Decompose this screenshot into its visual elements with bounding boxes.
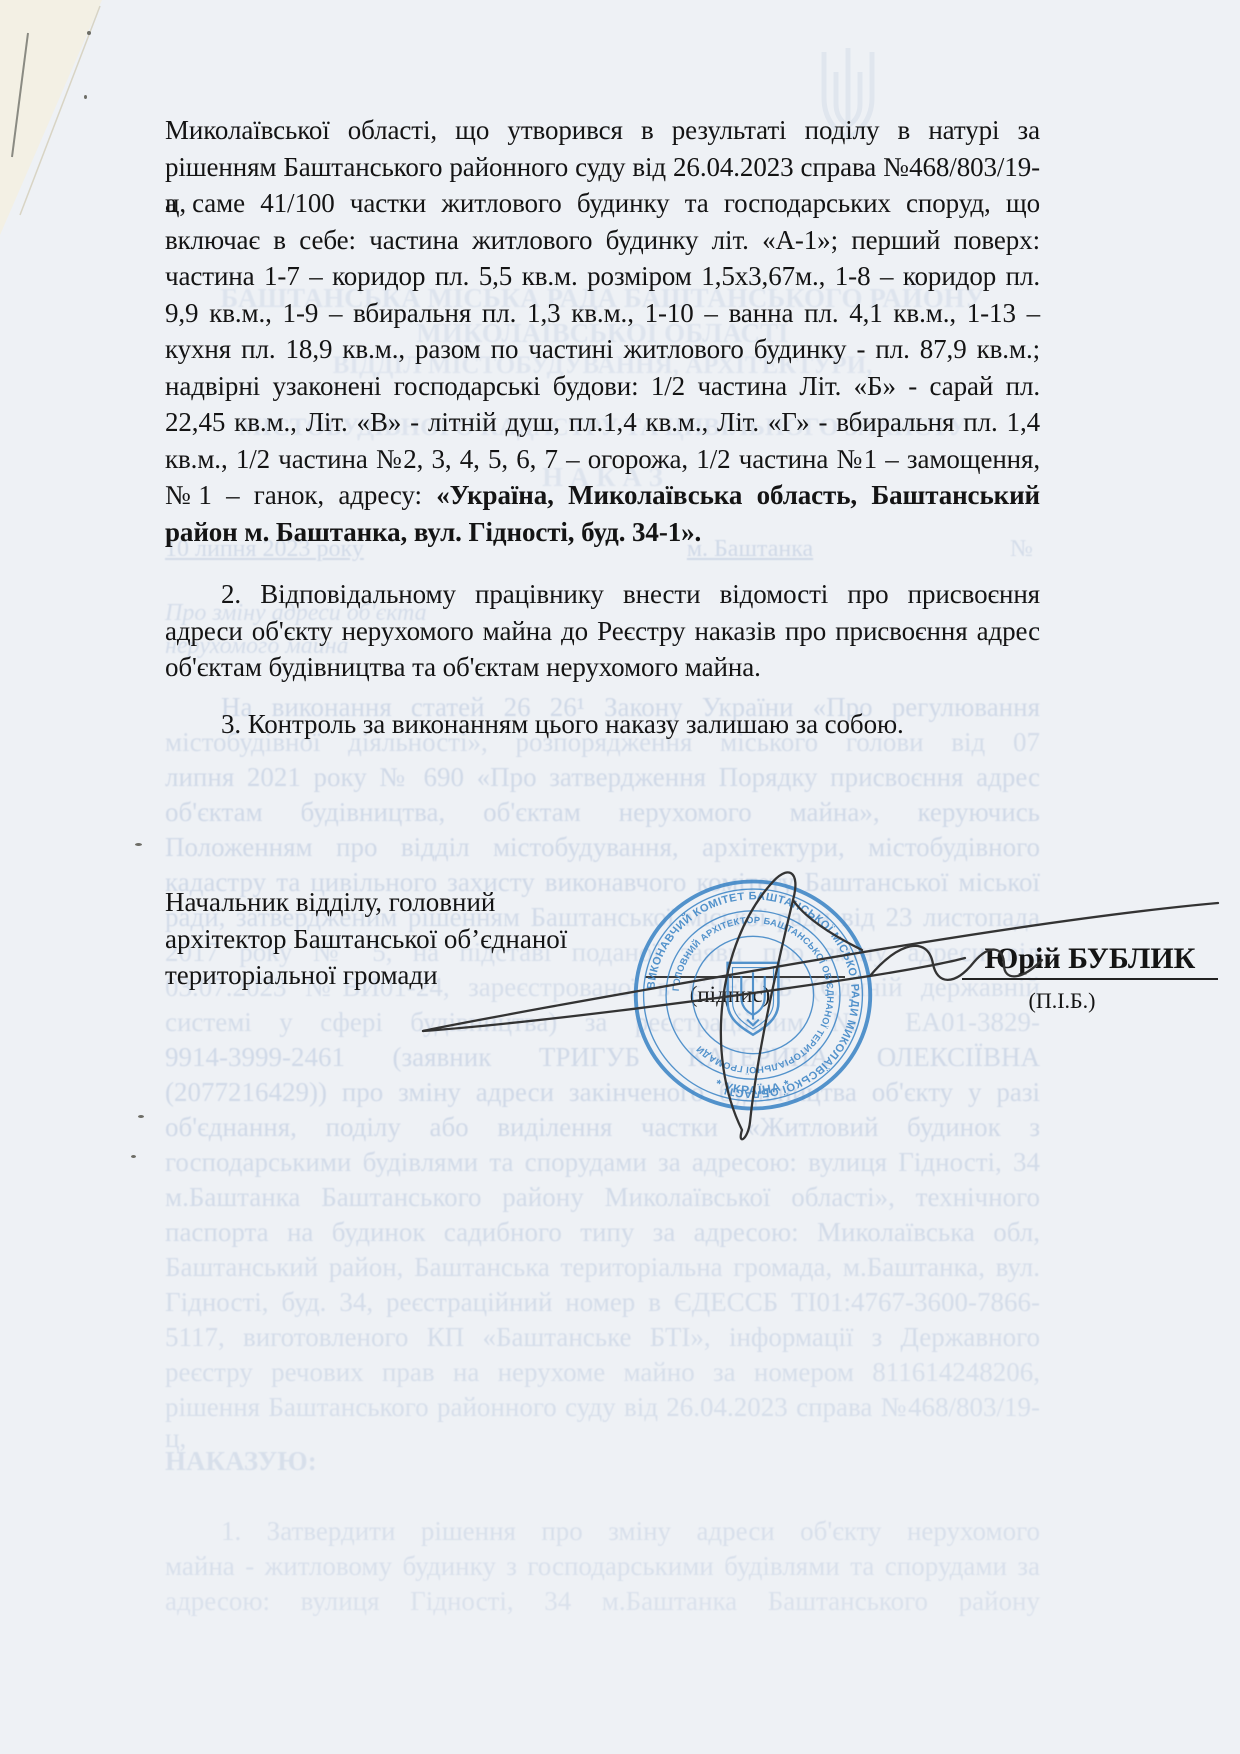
bleedthrough-line: 9914-3999-2461 (заявник ТРИГУБ КАТЕРИНА … <box>165 1042 1040 1073</box>
signatory-title-line: архітектор Баштанської об’єднаної <box>165 921 685 958</box>
page-fold-corner <box>0 0 110 245</box>
bleedthrough-line: паспорта на будинок садибного типу за ад… <box>165 1217 1040 1248</box>
official-round-stamp: ВИКОНАВЧИЙ КОМІТЕТ БАШТАНСЬКОЇ МІСЬКОЇ Р… <box>626 872 880 1118</box>
scan-speck <box>138 1115 144 1118</box>
text-line: район м. Баштанка, вул. Гідності, буд. 3… <box>165 514 1040 551</box>
text-line: 2. Відповідальному працівнику внести від… <box>165 576 1040 613</box>
text-line: кв.м., 1/2 частина №2, 3, 4, 5, 6, 7 – о… <box>165 441 1040 478</box>
bleedthrough-line: 1. Затвердити рішення про зміну адреси о… <box>165 1516 1040 1547</box>
text-line: 3. Контроль за виконанням цього наказу з… <box>165 706 1040 743</box>
text-line: адреси об'єкту нерухомого майна до Реєст… <box>165 613 1040 650</box>
text-line: 9,9 кв.м., 1-9 – вбиральня пл. 1,3 кв.м.… <box>165 295 1040 332</box>
document-page: БАШТАНСЬКА МІСЬКА РАДА БАШТАНСЬКОГО РАЙО… <box>0 0 1240 1754</box>
text-line: надвірні узаконені господарські будови: … <box>165 368 1040 405</box>
signatory-title-line: територіальної громади <box>165 957 685 994</box>
text-line: 22,45 кв.м., Літ. «В» - літній душ, пл.1… <box>165 404 1040 441</box>
bleedthrough-line: (2077216429)) про зміну адреси закінчено… <box>165 1077 1040 1108</box>
signatory-name-caption: (П.І.Б.) <box>962 988 1162 1014</box>
bleedthrough-line: адресою: вулиця Гідності, 34 м.Баштанка … <box>165 1586 1040 1617</box>
paragraph-item-3: 3. Контроль за виконанням цього наказу з… <box>165 706 1040 743</box>
bleedthrough-line: 5117, виготовленого КП «Баштанське БТІ»,… <box>165 1322 1040 1353</box>
scan-speck <box>84 95 87 99</box>
paragraph-main: Миколаївської області, що утворився в ре… <box>165 112 1040 550</box>
text-line: кухня пл. 18,9 кв.м., разом по частині ж… <box>165 331 1040 368</box>
scan-speck <box>131 1155 136 1158</box>
text-line: Миколаївської області, що утворився в ре… <box>165 112 1040 149</box>
scan-speck <box>87 31 91 35</box>
paragraph-item-2: 2. Відповідальному працівнику внести від… <box>165 576 1040 686</box>
bleedthrough-line: НАКАЗУЮ: <box>165 1446 1040 1477</box>
signatory-title-block: Начальник відділу, головнийархітектор Ба… <box>165 884 685 994</box>
text-line: а саме 41/100 частки житлового будинку т… <box>165 185 1040 222</box>
bleedthrough-line: Баштанський район, Баштанська територіал… <box>165 1252 1040 1283</box>
stamp-trident-emblem <box>728 963 779 1035</box>
text-line: рішенням Баштанського районного суду від… <box>165 149 1040 186</box>
signatory-name: Юрій БУБЛИК <box>962 942 1218 980</box>
bleedthrough-line: об'єднання, поділу або виділення частки … <box>165 1112 1040 1143</box>
bleedthrough-line: липня 2021 року № 690 «Про затвердження … <box>165 762 1040 793</box>
bleedthrough-line: реєстру речових прав на нерухоме майно з… <box>165 1357 1040 1388</box>
bleedthrough-line: системі у сфері будівництва) за реєстрац… <box>165 1007 1040 1038</box>
bleedthrough-line: рішення Баштанського районного суду від … <box>165 1392 1040 1454</box>
bleedthrough-line: Положенням про відділ містобудування, ар… <box>165 832 1040 863</box>
text-line: об'єктам будівництва та об'єктам нерухом… <box>165 649 1040 686</box>
bleedthrough-line: майна - житловому будинку з господарськи… <box>165 1551 1040 1582</box>
text-line: включає в себе: частина житлового будинк… <box>165 222 1040 259</box>
bleedthrough-line: господарськими будівлями та спорудами за… <box>165 1147 1040 1178</box>
bleedthrough-line: м.Баштанка Баштанського району Миколаївс… <box>165 1182 1040 1213</box>
scan-speck <box>135 843 142 846</box>
signatory-title-line: Начальник відділу, головний <box>165 884 685 921</box>
text-line: №1 – ганок, адресу: «Україна, Миколаївсь… <box>165 477 1040 514</box>
text-line: частина 1-7 – коридор пл. 5,5 кв.м. розм… <box>165 258 1040 295</box>
bleedthrough-line: Гідності, буд. 34, реєстраційний номер в… <box>165 1287 1040 1318</box>
bleedthrough-line: об'єктам будівництва, об'єктам нерухомог… <box>165 797 1040 828</box>
